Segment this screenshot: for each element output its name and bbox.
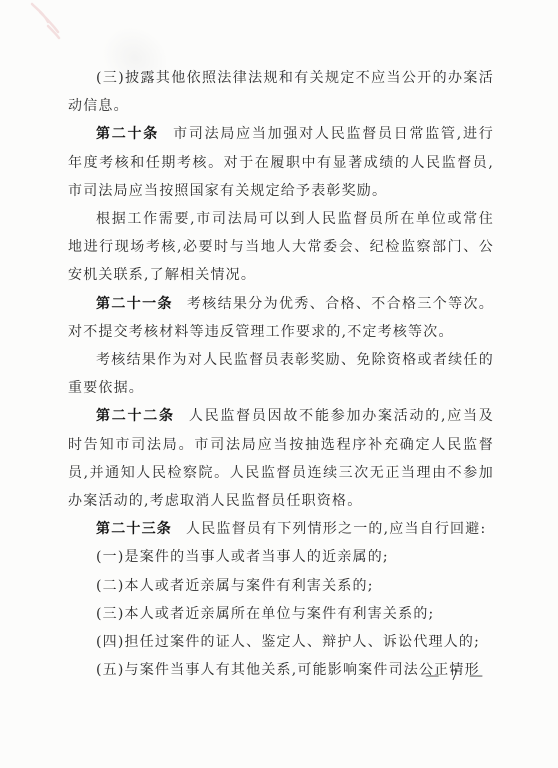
paragraph-text: (四)担任过案件的证人、鉴定人、辩护人、诉讼代理人的; xyxy=(96,634,480,650)
paragraph: 第二十一条考核结果分为优秀、合格、不合格三个等次。对不提交考核材料等违反管理工作… xyxy=(68,290,494,346)
paragraph: 根据工作需要,市司法局可以到人民监督员所在单位或常住地进行现场考核,必要时与当地… xyxy=(68,205,494,290)
paragraph: 第二十二条人民监督员因故不能参加办案活动的,应当及时告知市司法局。市司法局应当按… xyxy=(68,402,494,515)
paragraph: (一)是案件的当事人或者当事人的近亲属的; xyxy=(68,543,494,571)
article-number: 第二十条 xyxy=(96,126,159,142)
paragraph: 第二十条市司法局应当加强对人民监督员日常监管,进行年度考核和任期考核。对于在履职… xyxy=(68,120,494,205)
paragraph: (四)担任过案件的证人、鉴定人、辩护人、诉讼代理人的; xyxy=(68,628,494,656)
article-number: 第二十三条 xyxy=(96,521,172,537)
paragraph-text: (一)是案件的当事人或者当事人的近亲属的; xyxy=(96,549,389,565)
paragraph-text: 根据工作需要,市司法局可以到人民监督员所在单位或常住地进行现场考核,必要时与当地… xyxy=(68,211,494,283)
paragraph-text: 考核结果作为对人民监督员表彰奖励、免除资格或者续任的重要依据。 xyxy=(68,352,494,396)
paragraph-text: (二)本人或者近亲属与案件有利害关系的; xyxy=(96,578,374,594)
page-number: — 7 — xyxy=(425,668,486,684)
article-number: 第二十一条 xyxy=(96,296,173,312)
scanned-document-page: (三)披露其他依照法律法规和有关规定不应当公开的办案活动信息。 第二十条市司法局… xyxy=(0,0,558,768)
paragraph: (三)本人或者近亲属所在单位与案件有利害关系的; xyxy=(68,600,494,628)
paragraph: (三)披露其他依照法律法规和有关规定不应当公开的办案活动信息。 xyxy=(68,64,494,120)
paragraph-text: (三)披露其他依照法律法规和有关规定不应当公开的办案活动信息。 xyxy=(68,70,494,114)
paragraph-text: 人民监督员有下列情形之一的,应当自行回避: xyxy=(186,521,486,537)
document-body: (三)披露其他依照法律法规和有关规定不应当公开的办案活动信息。 第二十条市司法局… xyxy=(68,64,494,684)
paragraph: 考核结果作为对人民监督员表彰奖励、免除资格或者续任的重要依据。 xyxy=(68,346,494,402)
article-number: 第二十二条 xyxy=(96,408,175,424)
paragraph: (二)本人或者近亲属与案件有利害关系的; xyxy=(68,572,494,600)
paragraph: 第二十三条人民监督员有下列情形之一的,应当自行回避: xyxy=(68,515,494,543)
paragraph-text: (三)本人或者近亲属所在单位与案件有利害关系的; xyxy=(96,606,434,622)
pen-mark xyxy=(18,0,78,50)
paragraph-text: (五)与案件当事人有其他关系,可能影响案件司法公正情形 xyxy=(96,662,480,678)
